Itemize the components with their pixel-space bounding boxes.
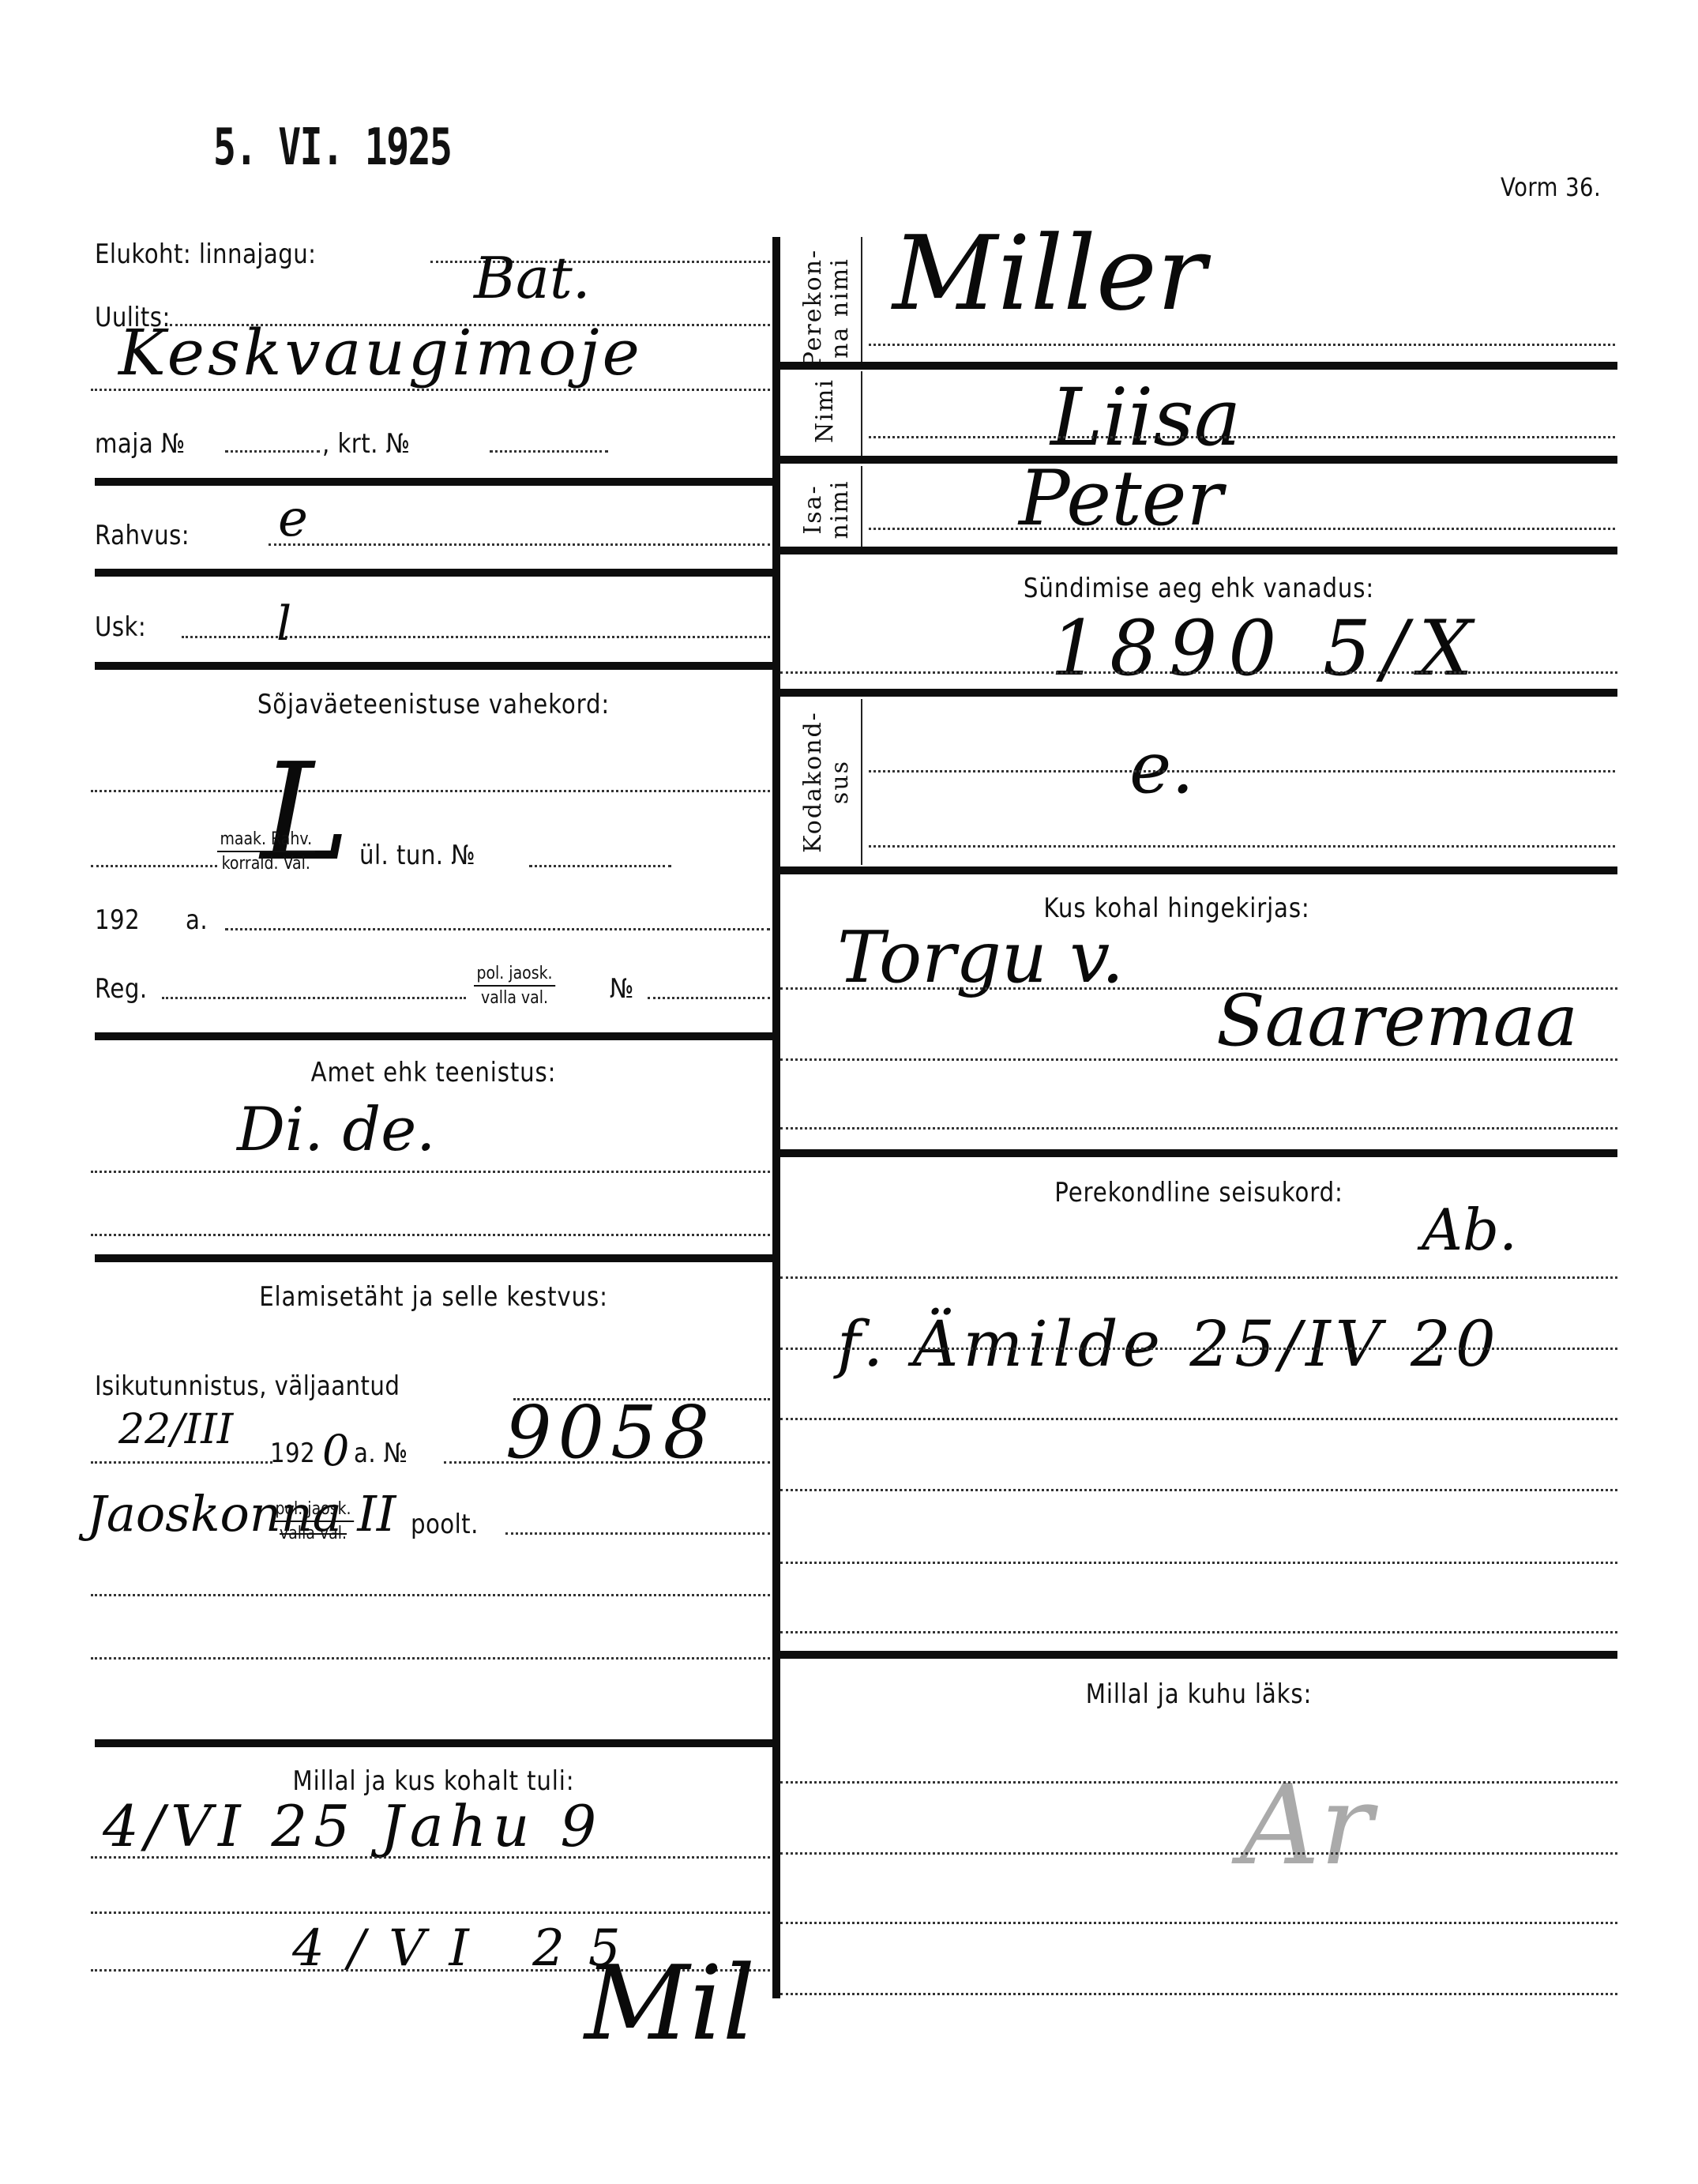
nationality-line: [269, 543, 770, 546]
marital-value[interactable]: Ab.: [1422, 1197, 1517, 1263]
arrival-dots-2: [91, 1911, 770, 1914]
surname-label-line2: na nimi: [827, 237, 854, 379]
divider: [95, 1254, 772, 1262]
fraction-bottom: korrald. Val.: [217, 852, 315, 874]
first-name-value[interactable]: Liisa: [1050, 371, 1241, 464]
label-divider: [861, 371, 862, 458]
departure-line-4: [780, 1993, 1617, 1995]
arrival-dots-1: [91, 1856, 770, 1859]
arrival-heading: Millal ja kus kohalt tuli:: [142, 1765, 725, 1797]
birth-heading: Sündimise aeg ehk vanadus:: [839, 573, 1559, 604]
ul-tun-label: ül. tun. №: [359, 840, 475, 871]
district-value[interactable]: Bat.: [474, 245, 591, 311]
registry-line-3: [780, 1127, 1617, 1130]
apartment-line[interactable]: [490, 450, 608, 453]
marital-line-4: [780, 1489, 1617, 1491]
residence-permit-heading: Elamisetäht ja selle kestvus:: [142, 1281, 725, 1313]
departure-line-1: [780, 1781, 1617, 1784]
id-year-value[interactable]: 0: [322, 1426, 349, 1475]
reg-fraction: pol. jaosk. valla val.: [474, 964, 569, 1008]
citizenship-line-1: [869, 770, 1615, 772]
marital-note[interactable]: f. Ämilde 25/IV 20: [837, 1307, 1501, 1381]
patronymic-label-line1: Isa-: [800, 438, 827, 581]
marital-line-5: [780, 1562, 1617, 1564]
first-name-line: [869, 436, 1615, 438]
military-fraction: maak. Rahv. korrald. Val.: [217, 829, 331, 874]
house-number-label: maja №: [95, 428, 186, 460]
issuer-fraction: pol. jaosk. valla val.: [272, 1499, 367, 1543]
divider: [780, 689, 1617, 697]
apartment-label: , krt. №: [322, 428, 410, 460]
nationality-label: Rahvus:: [95, 520, 190, 551]
divider: [95, 478, 772, 486]
marital-line-6: [780, 1631, 1617, 1633]
issuer-line: [505, 1532, 770, 1535]
id-year-text: 192: [270, 1438, 315, 1469]
surname-label: Perekon- na nimi: [800, 237, 855, 379]
military-heading: Sõjaväeteenistuse vahekord:: [142, 689, 725, 720]
citizenship-line-2: [869, 845, 1615, 848]
occupation-heading: Amet ehk teenistus:: [142, 1057, 725, 1088]
form-number: Vorm 36.: [1501, 172, 1601, 202]
surname-line: [869, 344, 1615, 346]
citizenship-label-line1: Kodakond-: [800, 695, 827, 869]
permit-line-1: [91, 1594, 770, 1596]
fraction-bottom: valla val.: [272, 1522, 354, 1543]
ul-tun-line[interactable]: [529, 865, 671, 867]
divider: [780, 866, 1617, 874]
arrival-line-1[interactable]: 4/VI 25 Jahu 9: [103, 1793, 603, 1859]
street-value[interactable]: Keskvaugimoje: [118, 316, 643, 389]
street-line-2: [91, 389, 770, 391]
year-line[interactable]: [225, 928, 770, 930]
reg-number-line[interactable]: [648, 997, 770, 999]
patronymic-line: [869, 528, 1615, 530]
divider: [780, 1651, 1617, 1659]
id-issued-label: Isikutunnistus, väljaantud: [95, 1370, 400, 1402]
military-line-2a: [91, 865, 217, 867]
patronymic-label-line2: nimi: [827, 438, 854, 581]
label-divider: [861, 699, 862, 865]
divider: [95, 1739, 772, 1747]
religion-value[interactable]: l: [276, 596, 291, 652]
departure-line-2: [780, 1852, 1617, 1855]
registry-line-2: [780, 1058, 1617, 1061]
divider: [95, 662, 772, 670]
fraction-top: pol. jaosk.: [474, 964, 555, 987]
fraction-top: maak. Rahv.: [217, 829, 315, 852]
fraction-top: pol. jaosk.: [272, 1499, 354, 1522]
departure-heading: Millal ja kuhu läks:: [839, 1678, 1559, 1710]
citizenship-label-line2: sus: [827, 695, 854, 869]
birth-value[interactable]: 1890 5/X: [1050, 604, 1484, 693]
id-number-label: a. №: [354, 1438, 408, 1469]
arrival-signature: Mil: [584, 1943, 755, 2063]
reg-label: Reg.: [95, 973, 148, 1005]
patronymic-label: Isa- nimi: [800, 438, 855, 581]
birth-line: [780, 671, 1617, 674]
year-suffix: a.: [186, 904, 208, 936]
label-divider: [861, 237, 862, 363]
label-divider: [861, 466, 862, 553]
nationality-value[interactable]: e: [278, 490, 308, 548]
registry-value-line2[interactable]: Saaremaa: [1216, 979, 1578, 1062]
reg-number-label: №: [610, 973, 634, 1005]
religion-line: [182, 636, 770, 638]
id-issued-date[interactable]: 22/III: [118, 1406, 233, 1453]
house-number-line[interactable]: [225, 450, 320, 453]
year-prefix: 192: [95, 904, 140, 936]
marital-line-3: [780, 1418, 1617, 1420]
id-number-value[interactable]: 9058: [505, 1390, 716, 1475]
fraction-bottom: valla val.: [474, 987, 555, 1008]
divider: [780, 362, 1617, 370]
citizenship-label: Kodakond- sus: [800, 695, 855, 869]
departure-line-3: [780, 1922, 1617, 1924]
id-date-line: [91, 1461, 272, 1464]
permit-line-2: [91, 1657, 770, 1660]
marital-line-2: [780, 1348, 1617, 1350]
military-line-1: [91, 790, 770, 792]
surname-label-line1: Perekon-: [800, 237, 827, 379]
divider: [780, 547, 1617, 554]
occupation-line-2: [91, 1234, 770, 1236]
reg-line[interactable]: [162, 997, 466, 999]
center-divider: [772, 237, 780, 1998]
divider: [95, 569, 772, 577]
divider: [95, 1032, 772, 1040]
occupation-value[interactable]: Di. de.: [237, 1094, 435, 1164]
surname-value[interactable]: Miller: [892, 213, 1206, 333]
citizenship-value[interactable]: e.: [1129, 727, 1194, 810]
marital-line-1: [780, 1276, 1617, 1279]
occupation-line-1: [91, 1171, 770, 1173]
district-label: Elukoht: linnajagu:: [95, 239, 316, 270]
date-stamp: 5. VI. 1925: [213, 118, 451, 177]
religion-label: Usk:: [95, 611, 146, 643]
poolt-label: poolt.: [411, 1509, 479, 1540]
divider: [780, 1149, 1617, 1157]
